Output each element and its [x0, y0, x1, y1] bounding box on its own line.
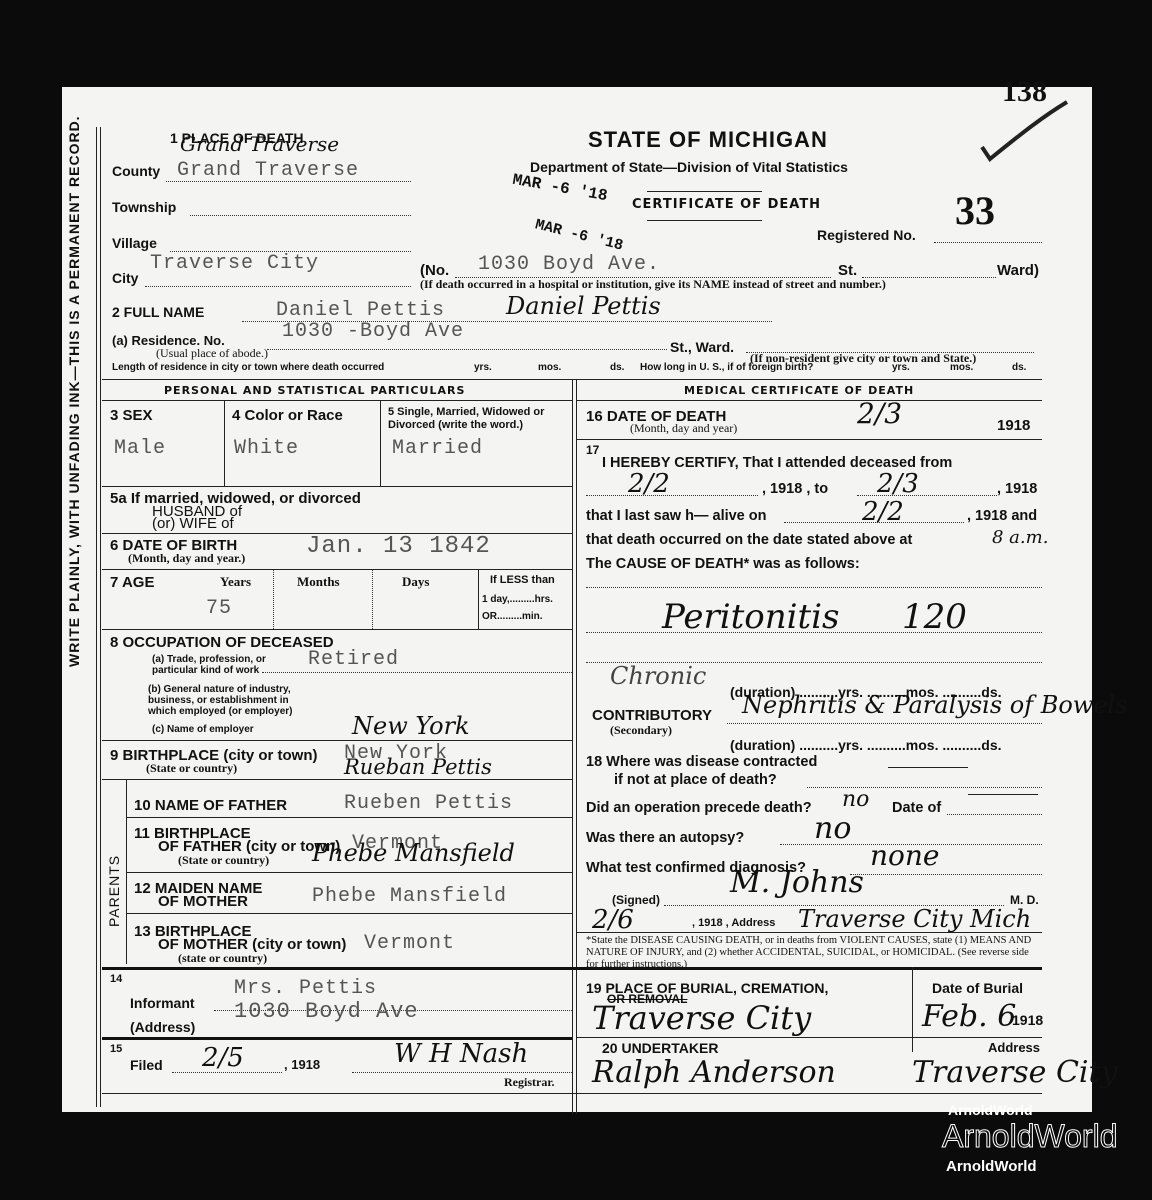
burial-place: Traverse City: [592, 999, 811, 1037]
divider: [372, 569, 373, 629]
contributory-line: [727, 723, 1042, 724]
marital-label: 5 Single, Married, Widowed or Divorced (…: [388, 406, 570, 432]
age-label: 7 AGE: [110, 574, 154, 591]
time-of-death: 8 a.m.: [992, 527, 1048, 548]
test-line: [850, 874, 1042, 875]
chronic-handwritten: Chronic: [610, 662, 706, 690]
attended-from-line: [586, 495, 758, 496]
father-label: 10 NAME OF FATHER: [134, 797, 287, 814]
sex-label: 3 SEX: [110, 407, 153, 424]
death-certificate: 138 WRITE PLAINLY, WITH UNFADING INK—THI…: [62, 87, 1092, 1112]
divider: [102, 400, 572, 401]
hospital-note: (If death occurred in a hospital or inst…: [420, 277, 886, 292]
mos-label: mos.: [538, 362, 561, 373]
trade-value: Retired: [308, 648, 399, 671]
side-instruction-text: WRITE PLAINLY, WITH UNFADING INK—THIS IS…: [66, 115, 82, 667]
birthplace-sub-label: (State or country): [146, 761, 237, 776]
test-value: none: [870, 839, 940, 872]
registrar-line: [352, 1072, 572, 1073]
months-label: Months: [297, 574, 340, 590]
operation-label: Did an operation precede death?: [586, 800, 812, 816]
attended-to: 2/3: [877, 469, 919, 499]
hours-label: 1 day,.........hrs.: [482, 594, 553, 605]
state-title: STATE OF MICHIGAN: [588, 127, 828, 153]
footnote: *State the DISEASE CAUSING DEATH, or in …: [586, 935, 1036, 971]
county-value: Grand Traverse: [177, 159, 359, 182]
race-value: White: [234, 437, 299, 460]
contributory-cause: Nephritis & Paralysis of Bowels: [742, 691, 1128, 719]
watermark-logo: ArnoldWorld: [942, 1118, 1117, 1155]
divider: [576, 439, 1042, 440]
employer-label: (c) Name of employer: [152, 724, 254, 735]
column-divider: [572, 379, 573, 1114]
divider: [647, 220, 762, 221]
how-long-label: How long in U. S., if of foreign birth?: [640, 362, 813, 373]
left-border-inner: [100, 127, 101, 1107]
divider: [647, 191, 762, 192]
township-label: Township: [112, 199, 176, 215]
divider: [102, 1093, 1042, 1094]
divider: [380, 400, 381, 486]
mother-handwritten: Phebe Mansfield: [312, 839, 515, 867]
city-value: Traverse City: [150, 252, 319, 275]
full-name-typed: Daniel Pettis: [276, 299, 445, 322]
residence-value: 1030 -Boyd Ave: [282, 320, 464, 343]
divider: [273, 569, 274, 629]
filed-number: 15: [110, 1043, 122, 1055]
divider: [576, 932, 1042, 933]
divider: [102, 740, 572, 741]
secondary-label: (Secondary): [610, 723, 672, 738]
full-name-signature: Daniel Pettis: [506, 292, 661, 320]
dod-year: 1918: [997, 417, 1030, 434]
date-of-label: Date of: [892, 800, 941, 816]
divider: [126, 817, 572, 818]
place-of-death-handwritten: Grand Traverse: [180, 132, 339, 156]
divider: [576, 400, 1042, 401]
attended-to-year: , 1918: [997, 481, 1037, 497]
undertaker-address: Traverse City: [912, 1055, 1118, 1090]
filed-label: Filed: [130, 1057, 163, 1073]
occupation-label: 8 OCCUPATION OF DECEASED: [110, 634, 334, 651]
dod-value: 2/3: [857, 397, 902, 430]
column-divider: [576, 379, 577, 1114]
registered-no-line: [934, 242, 1042, 243]
received-stamp: MAR -6 '18: [511, 171, 609, 205]
residence-line: [267, 349, 667, 350]
watermark-text: ArnoldWorld: [946, 1158, 1037, 1175]
industry-label: (b) General nature of industry, business…: [148, 684, 303, 717]
divider: [126, 913, 572, 914]
physician-signature: M. Johns: [730, 865, 864, 900]
left-border: [96, 127, 97, 1107]
dod-sub-label: (Month, day and year): [630, 421, 737, 436]
race-label: 4 Color or Race: [232, 407, 343, 424]
divider: [224, 400, 225, 486]
last-saw-label: that I last saw h— alive on: [586, 508, 767, 524]
informant-address-label: (Address): [130, 1019, 195, 1035]
last-saw-value: 2/2: [862, 497, 904, 527]
city-line: [145, 286, 411, 287]
department-title: Department of State—Division of Vital St…: [530, 159, 848, 175]
certificate-title: CERTIFICATE OF DEATH: [632, 197, 821, 212]
undertaker-name: Ralph Anderson: [592, 1055, 836, 1090]
signed-date: 2/6: [592, 905, 634, 935]
street-no-value: 1030 Boyd Ave.: [478, 253, 660, 276]
medical-heading: MEDICAL CERTIFICATE OF DEATH: [684, 384, 914, 397]
marital-value: Married: [392, 437, 483, 460]
city-label: City: [112, 270, 138, 286]
last-saw-year: , 1918 and: [967, 508, 1037, 524]
autopsy-label: Was there an autopsy?: [586, 830, 744, 846]
ds-label: ds.: [1012, 362, 1026, 373]
burial-date-label: Date of Burial: [932, 980, 1023, 996]
undertaker-label: 20 UNDERTAKER: [602, 1040, 718, 1056]
dob-sub-label: (Month, day and year.): [128, 551, 245, 566]
cause-code: 120: [902, 597, 967, 637]
undertaker-address-label: Address: [988, 1040, 1040, 1055]
registered-no: 33: [955, 187, 995, 234]
divider: [126, 872, 572, 873]
signed-year: , 1918 , Address: [692, 917, 775, 929]
informant-label: Informant: [130, 995, 195, 1011]
divider: [102, 486, 572, 487]
length-of-residence-label: Length of residence in city or town wher…: [112, 362, 384, 373]
filed-year: , 1918: [284, 1057, 320, 1072]
registered-no-label: Registered No.: [817, 227, 916, 243]
mother-birthplace-sub: (state or country): [178, 951, 267, 966]
burial-date: Feb. 6: [922, 999, 1016, 1034]
divider: [102, 569, 572, 570]
mother-value: Phebe Mansfield: [312, 885, 507, 908]
contracted-label: 18 Where was disease contracted: [586, 754, 817, 770]
contributory-label: CONTRIBUTORY: [592, 707, 712, 724]
physician-address: Traverse City Mich: [798, 905, 1031, 933]
cause-line: [586, 587, 1042, 588]
abode-note: (Usual place of abode.): [156, 346, 268, 361]
date-of-line: [947, 814, 1042, 815]
village-label: Village: [112, 235, 157, 251]
received-stamp: MAR -6 '18: [533, 216, 624, 254]
operation-value: no: [842, 787, 869, 812]
personal-heading: PERSONAL AND STATISTICAL PARTICULARS: [164, 384, 465, 397]
township-line: [190, 215, 411, 216]
mother-maiden-label: OF MOTHER: [158, 893, 248, 910]
yrs-label: yrs.: [474, 362, 492, 373]
divider: [576, 1037, 1042, 1038]
cause-label: The CAUSE OF DEATH* was as follows:: [586, 556, 860, 572]
dash: [888, 767, 968, 768]
informant-number: 14: [110, 973, 122, 985]
attended-from: 2/2: [628, 469, 670, 499]
cause-line: [586, 632, 1042, 633]
full-name-label: 2 FULL NAME: [112, 304, 204, 320]
informant-address: 1030 Boyd Ave: [234, 999, 419, 1024]
father-value: Rueben Pettis: [344, 792, 513, 815]
wife-of-label: (or) WIFE of: [152, 515, 234, 532]
father-birthplace-sub: (State or country): [178, 853, 269, 868]
mother-birthplace-value: Vermont: [364, 932, 455, 955]
registrar-signature: W H Nash: [394, 1039, 528, 1069]
informant-name: Mrs. Pettis: [234, 977, 377, 1000]
dash: [968, 794, 1038, 795]
sex-value: Male: [114, 437, 166, 460]
check-mark-icon: [962, 97, 1072, 167]
age-years-value: 75: [206, 597, 232, 620]
duration-label: (duration) ..........yrs. ..........mos.…: [730, 737, 1002, 753]
ward-label: Ward): [997, 262, 1039, 279]
ds-label: ds.: [610, 362, 624, 373]
divider: [102, 779, 572, 780]
occurred-label: that death occurred on the date stated a…: [586, 532, 912, 548]
less-than-label: If LESS than: [490, 574, 555, 586]
filed-date: 2/5: [202, 1043, 244, 1073]
autopsy-value: no: [814, 811, 851, 846]
cert-number: 17: [586, 443, 599, 457]
attended-from-year: , 1918 , to: [762, 481, 828, 497]
father-handwritten: Rueban Pettis: [344, 755, 492, 779]
st-ward-label: St., Ward.: [670, 339, 734, 355]
days-label: Days: [402, 574, 429, 590]
years-label: Years: [220, 574, 251, 590]
burial-year: 1918: [1012, 1012, 1043, 1028]
divider: [478, 569, 479, 629]
divider: [102, 629, 572, 630]
contracted-label: if not at place of death?: [614, 772, 777, 788]
yrs-label: yrs.: [892, 362, 910, 373]
cause-of-death: Peritonitis: [662, 597, 840, 637]
trade-line: [262, 672, 572, 673]
county-label: County: [112, 163, 160, 179]
parents-side-label: PARENTS: [106, 855, 122, 927]
divider: [912, 967, 913, 1052]
employer-handwritten: New York: [352, 712, 470, 740]
watermark-text: ArnoldWorld: [948, 1102, 1033, 1118]
mos-label: mos.: [950, 362, 973, 373]
minutes-label: OR.........min.: [482, 611, 543, 622]
registrar-label: Registrar.: [504, 1075, 555, 1090]
dob-value: Jan. 13 1842: [306, 533, 491, 560]
